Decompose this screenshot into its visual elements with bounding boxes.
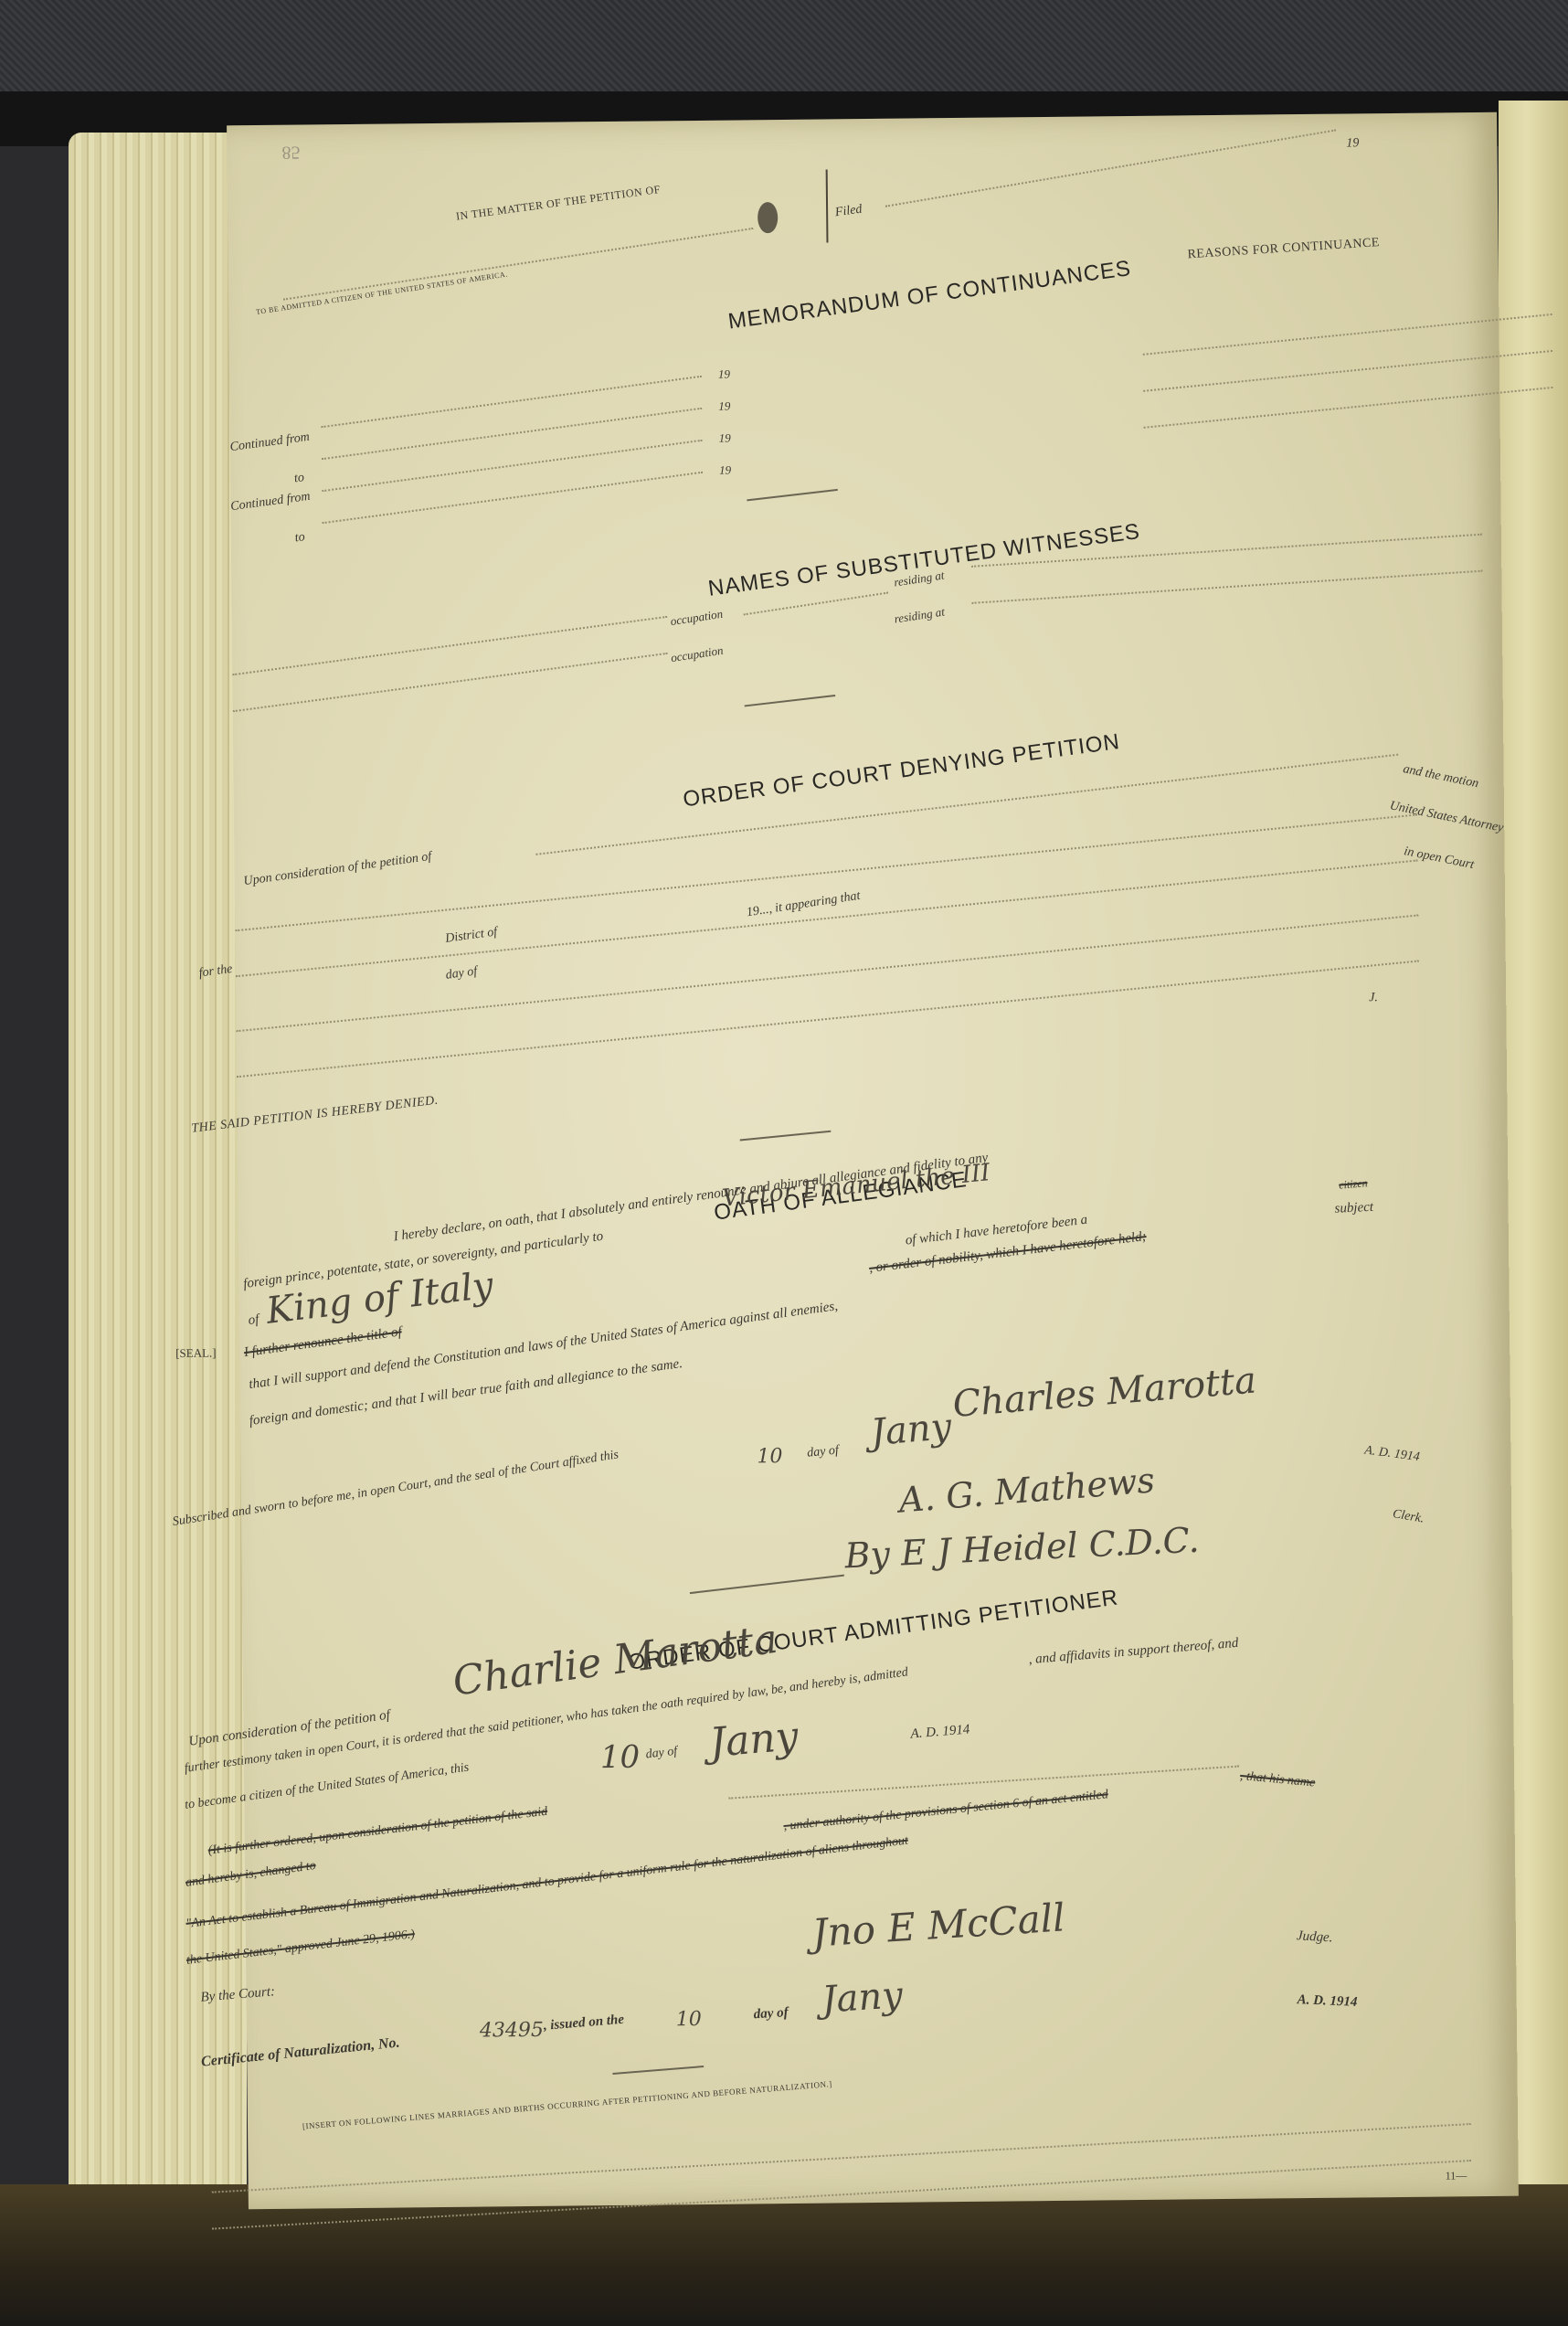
book-binding-bottom (0, 2184, 1568, 2326)
denying-line-4 (236, 914, 1418, 1032)
section-rule-1 (747, 489, 838, 501)
petitioner-name-line (283, 228, 753, 301)
judge-label: Judge. (1296, 1928, 1333, 1946)
page-number: 85 (281, 142, 300, 163)
to-label-1: to (293, 471, 305, 486)
section-rule-4 (612, 2066, 704, 2075)
deputy-signature: By E J Heidel C.D.C. (844, 1520, 1201, 1577)
issued-day: 10 (676, 2008, 702, 2031)
insert-note: [INSERT ON FOLLOWING LINES MARRIAGES AND… (302, 2079, 832, 2131)
continued-from-label-2: Continued from (229, 490, 311, 515)
page-stack-left (69, 133, 247, 2225)
continuance-line-4 (323, 472, 704, 525)
occupation-label-1: occupation (670, 607, 725, 629)
year-3: 19 (719, 431, 731, 446)
footer-line-1 (212, 2123, 1471, 2193)
denying-line-3 (236, 859, 1418, 977)
admitted-label: TO BE ADMITTED A CITIZEN OF THE UNITED S… (256, 270, 509, 316)
residing-label-2: residing at (894, 605, 946, 627)
filed-date-line (885, 129, 1336, 207)
witness-line-2 (233, 653, 668, 712)
issued-ad: A. D. 1914 (1297, 1992, 1357, 2011)
issued-month: Jany (821, 1974, 904, 2021)
continuance-line-1 (321, 376, 702, 429)
denying-upon-label: Upon consideration of the petition of (243, 850, 433, 889)
filed-year: 19 (1346, 136, 1359, 151)
issued-day-of: day of (753, 2005, 789, 2023)
clerk-signature: A. G. Mathews (897, 1460, 1156, 1520)
continuance-line-3 (322, 440, 703, 493)
judge-signature: Jno E McCall (810, 1895, 1066, 1955)
continued-from-label-1: Continued from (229, 430, 311, 455)
reason-line-1 (1143, 313, 1552, 356)
section-rule-3 (740, 1131, 832, 1142)
memorandum-title: MEMORANDUM OF CONTINUANCES (726, 256, 1132, 335)
reason-line-3 (1144, 387, 1553, 429)
occupation-line-1 (744, 592, 889, 616)
year-2: 19 (718, 399, 730, 414)
form-code: 11— (1446, 2169, 1467, 2183)
affidavits-text: , and affidavits in support thereof, and (1028, 1636, 1239, 1668)
petitioner-signature: Charles Marotta (951, 1359, 1258, 1426)
sworn-day-of: day of (807, 1443, 840, 1460)
clerk-label: Clerk. (1392, 1507, 1425, 1526)
day-of-label: day of (445, 964, 478, 982)
of-prefix: of (248, 1312, 260, 1329)
filed-label: Filed (834, 203, 863, 221)
oath-line-6: foreign and domestic; and that I will be… (249, 1356, 683, 1429)
sworn-month: Jany (869, 1406, 953, 1454)
year-4: 19 (719, 463, 731, 478)
ledger-page: 85 IN THE MATTER OF THE PETITION OF TO B… (227, 112, 1519, 2209)
struck-line-1-end: , that his name (1239, 1769, 1316, 1791)
section-rule-2 (745, 695, 836, 706)
open-court-label: in open Court (1403, 844, 1475, 873)
admit-ad: A. D. 1914 (910, 1722, 970, 1742)
admit-day-of: day of (645, 1745, 678, 1763)
struck-name-line (728, 1766, 1239, 1800)
matter-label: IN THE MATTER OF THE PETITION OF (455, 183, 662, 224)
denying-title: ORDER OF COURT DENYING PETITION (682, 729, 1122, 813)
certificate-number: 43495 (480, 2019, 544, 2043)
subject-word: subject (1334, 1200, 1373, 1217)
and-the-label: and the motion (1402, 762, 1480, 791)
denying-line-5 (237, 960, 1419, 1078)
seal-label: [SEAL.] (175, 1346, 217, 1361)
background-carpet (0, 0, 1568, 101)
year-1: 19 (718, 367, 730, 382)
struck-line-1: (It is further ordered, upon considerati… (207, 1805, 548, 1859)
issued-label: , issued on the (543, 2013, 624, 2034)
reason-line-2 (1143, 350, 1552, 392)
admit-day: 10 (600, 1739, 641, 1776)
denying-line-2 (235, 813, 1417, 931)
continuance-line-2 (322, 408, 703, 461)
us-attorney-label: United States Attorney (1388, 799, 1504, 836)
struck-line-2: , under authority of the provisions of s… (783, 1788, 1109, 1834)
district-label: District of (444, 925, 498, 946)
occupation-label-2: occupation (670, 643, 725, 665)
witness-line-1 (232, 616, 667, 675)
clerk-rule (690, 1575, 844, 1595)
residing-line-2 (972, 570, 1483, 604)
header-divider (826, 169, 829, 242)
admit-month: Jany (708, 1713, 800, 1767)
sworn-ad: A. D. 1914 (1363, 1443, 1420, 1465)
renounce-struck: I further renounce the title of (243, 1324, 403, 1361)
reasons-label: REASONS FOR CONTINUANCE (1187, 236, 1380, 262)
judge-suffix: J. (1369, 991, 1378, 1005)
sworn-day: 10 (757, 1445, 782, 1468)
ink-stamp-icon (758, 202, 778, 233)
citizen-struck: citizen (1339, 1176, 1368, 1192)
to-label-2: to (294, 530, 306, 546)
